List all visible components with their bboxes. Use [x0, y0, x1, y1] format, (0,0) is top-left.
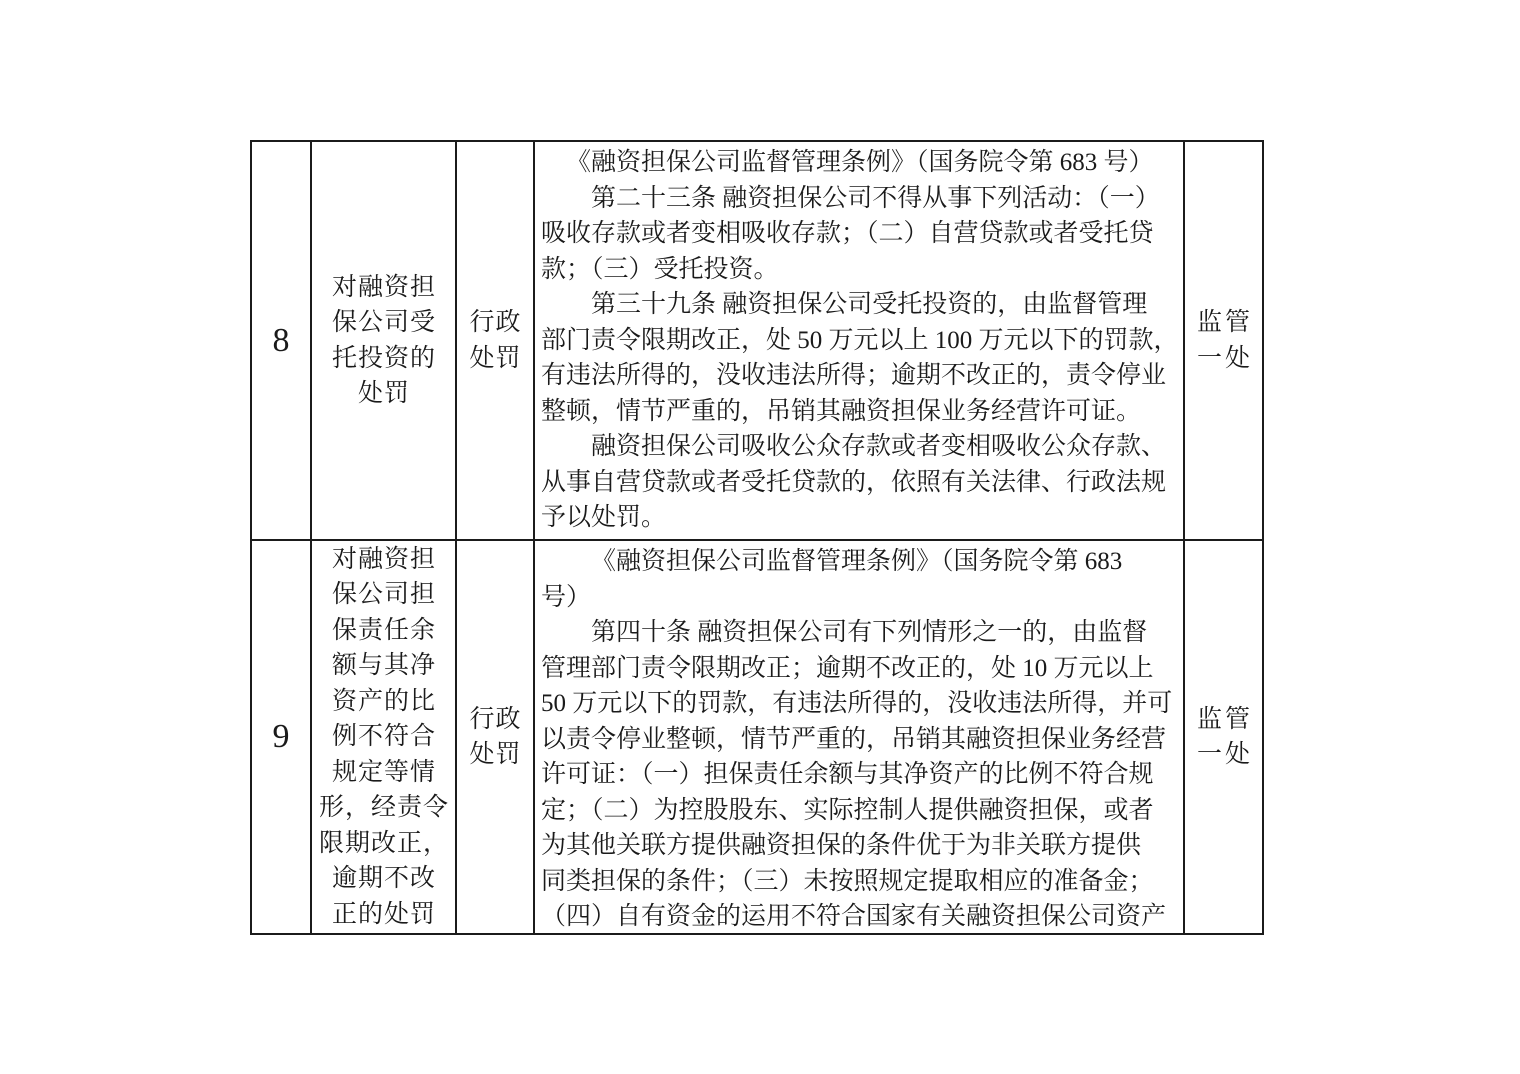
item-name-line: 对融资担 [331, 542, 436, 578]
item-name-line: 例不符合 [331, 719, 436, 755]
legal-basis-line: 号） [541, 580, 1177, 616]
document-page: 8对融资担保公司受托投资的处罚行政处罚《融资担保公司监督管理条例》（国务院令第 … [0, 0, 1520, 1074]
row-number: 9 [273, 717, 290, 757]
legal-basis-line: 为其他关联方提供融资担保的条件优于为非关联方提供 [541, 828, 1177, 864]
item-name-line: 形，经责令 [318, 790, 449, 826]
item-name-line: 保公司担 [331, 577, 436, 613]
row-number-cell: 9 [252, 541, 312, 935]
legal-basis-line: 整顿，情节严重的，吊销其融资担保业务经营许可证。 [541, 394, 1177, 430]
legal-basis-cell: 《融资担保公司监督管理条例》（国务院令第 683 号）第二十三条 融资担保公司不… [535, 142, 1185, 541]
legal-basis-line: 50 万元以下的罚款，有违法所得的，没收违法所得，并可 [541, 686, 1177, 722]
row-number: 8 [273, 321, 290, 361]
legal-basis-cell: 《融资担保公司监督管理条例》（国务院令第 683号）第四十条 融资担保公司有下列… [535, 541, 1185, 935]
legal-basis-line: 以责令停业整顿，情节严重的，吊销其融资担保业务经营 [541, 722, 1177, 758]
item-name-line: 托投资的 [331, 341, 436, 377]
department-line: 一处 [1194, 341, 1253, 377]
item-name-line: 规定等情 [331, 755, 436, 791]
legal-basis-line: 《融资担保公司监督管理条例》（国务院令第 683 号） [541, 145, 1177, 181]
legal-basis-line: 同类担保的条件；（三）未按照规定提取相应的准备金； [541, 864, 1177, 900]
item-name-line: 保公司受 [331, 305, 436, 341]
item-name-line: 对融资担 [331, 270, 436, 306]
row-number-cell: 8 [252, 142, 312, 541]
department-line: 监管 [1194, 305, 1253, 341]
legal-basis-line: 许可证：（一）担保责任余额与其净资产的比例不符合规 [541, 757, 1177, 793]
department-cell: 监管一处 [1185, 142, 1264, 541]
penalty-type-line: 处罚 [468, 341, 521, 377]
legal-basis-line: 有违法所得的，没收违法所得；逾期不改正的，责令停业 [541, 358, 1177, 394]
penalty-type-line: 行政 [468, 702, 521, 738]
penalty-items-table: 8对融资担保公司受托投资的处罚行政处罚《融资担保公司监督管理条例》（国务院令第 … [250, 140, 1264, 935]
legal-basis-line: 《融资担保公司监督管理条例》（国务院令第 683 [541, 544, 1177, 580]
department-line: 一处 [1194, 737, 1253, 773]
department-cell: 监管一处 [1185, 541, 1264, 935]
legal-basis-line: 定；（二）为控股股东、实际控制人提供融资担保，或者 [541, 793, 1177, 829]
item-name-line: 额与其净 [331, 648, 436, 684]
legal-basis-line: （四）自有资金的运用不符合国家有关融资担保公司资产 [541, 899, 1177, 935]
item-name-cell: 对融资担保公司担保责任余额与其净资产的比例不符合规定等情形，经责令限期改正，逾期… [312, 541, 457, 935]
item-name-cell: 对融资担保公司受托投资的处罚 [312, 142, 457, 541]
legal-basis-line: 融资担保公司吸收公众存款或者变相吸收公众存款、 [541, 429, 1177, 465]
item-name-line: 限期改正， [318, 826, 449, 862]
item-name-line: 处罚 [357, 376, 410, 412]
item-name-line: 资产的比 [331, 684, 436, 720]
penalty-type-line: 处罚 [468, 737, 521, 773]
legal-basis-line: 第四十条 融资担保公司有下列情形之一的，由监督 [541, 615, 1177, 651]
penalty-type-cell: 行政处罚 [457, 142, 535, 541]
penalty-type-cell: 行政处罚 [457, 541, 535, 935]
item-name-line: 正的处罚 [331, 897, 436, 933]
item-name-line: 逾期不改 [331, 861, 436, 897]
department-line: 监管 [1194, 702, 1253, 738]
item-name-line: 保责任余 [331, 613, 436, 649]
legal-basis-line: 管理部门责令限期改正；逾期不改正的，处 10 万元以上 [541, 651, 1177, 687]
penalty-type-line: 行政 [468, 305, 521, 341]
legal-basis-line: 第三十九条 融资担保公司受托投资的，由监督管理 [541, 287, 1177, 323]
legal-basis-line: 从事自营贷款或者受托贷款的，依照有关法律、行政法规 [541, 465, 1177, 501]
legal-basis-line: 款；（三）受托投资。 [541, 252, 1177, 288]
legal-basis-line: 吸收存款或者变相吸收存款；（二）自营贷款或者受托贷 [541, 216, 1177, 252]
legal-basis-line: 第二十三条 融资担保公司不得从事下列活动：（一） [541, 181, 1177, 217]
legal-basis-line: 部门责令限期改正，处 50 万元以上 100 万元以下的罚款， [541, 323, 1177, 359]
legal-basis-line: 予以处罚。 [541, 500, 1177, 536]
